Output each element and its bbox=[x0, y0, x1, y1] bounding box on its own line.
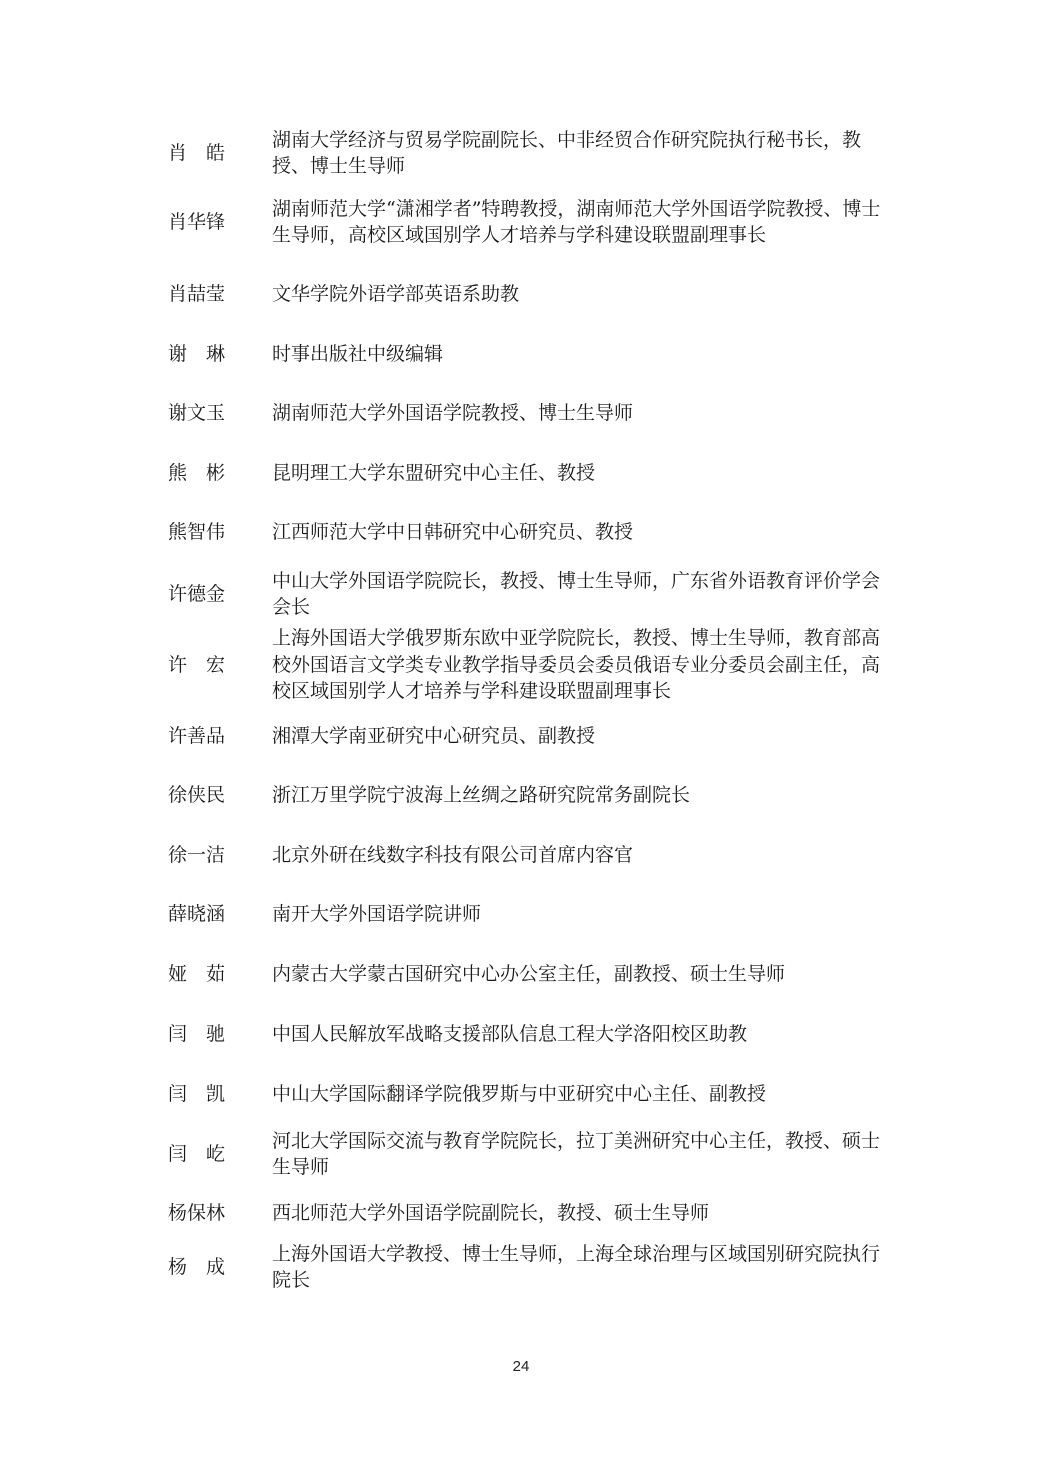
person-description: 湖南师范大学外国语学院教授、博士生导师 bbox=[272, 400, 887, 427]
person-description: 湖南师范大学“潇湘学者”特聘教授，湖南师范大学外国语学院教授、博士生导师，高校区… bbox=[272, 196, 887, 249]
person-name: 肖喆莹 bbox=[168, 281, 272, 307]
person-description: 北京外研在线数字科技有限公司首席内容官 bbox=[272, 842, 887, 869]
person-description: 中山大学外国语学院院长，教授、博士生导师，广东省外语教育评价学会会长 bbox=[272, 568, 887, 621]
person-description: 南开大学外国语学院讲师 bbox=[272, 901, 887, 928]
person-description: 浙江万里学院宁波海上丝绸之路研究院常务副院长 bbox=[272, 782, 887, 809]
person-name: 闫 凯 bbox=[168, 1081, 272, 1107]
person-name: 许德金 bbox=[168, 581, 272, 607]
document-page: 肖 皓 湖南大学经济与贸易学院副院长、中非经贸合作研究院执行秘书长，教授、博士生… bbox=[0, 0, 1042, 1478]
person-description: 中山大学国际翻译学院俄罗斯与中亚研究中心主任、副教授 bbox=[272, 1081, 887, 1108]
person-description: 江西师范大学中日韩研究中心研究员、教授 bbox=[272, 519, 887, 546]
person-description: 时事出版社中级编辑 bbox=[272, 341, 887, 368]
list-item: 肖 皓 湖南大学经济与贸易学院副院长、中非经贸合作研究院执行秘书长，教授、博士生… bbox=[168, 127, 888, 179]
person-name: 许善品 bbox=[168, 723, 272, 749]
person-description: 昆明理工大学东盟研究中心主任、教授 bbox=[272, 460, 887, 487]
person-name: 杨保林 bbox=[168, 1200, 272, 1226]
list-item: 杨保林 西北师范大学外国语学院副院长，教授、硕士生导师 bbox=[168, 1199, 888, 1227]
person-description: 西北师范大学外国语学院副院长，教授、硕士生导师 bbox=[272, 1200, 887, 1227]
person-name: 肖 皓 bbox=[168, 140, 272, 166]
list-item: 许德金 中山大学外国语学院院长，教授、博士生导师，广东省外语教育评价学会会长 bbox=[168, 567, 888, 621]
list-item: 闫 屹 河北大学国际交流与教育学院院长，拉丁美洲研究中心主任，教授、硕士生导师 bbox=[168, 1127, 888, 1181]
person-description: 湘潭大学南亚研究中心研究员、副教授 bbox=[272, 723, 887, 750]
person-description: 上海外国语大学教授、博士生导师，上海全球治理与区域国别研究院执行院长 bbox=[272, 1241, 887, 1294]
list-item: 许善品 湘潭大学南亚研究中心研究员、副教授 bbox=[168, 722, 888, 750]
list-item: 谢文玉 湖南师范大学外国语学院教授、博士生导师 bbox=[168, 399, 888, 427]
list-item: 薛晓涵 南开大学外国语学院讲师 bbox=[168, 900, 888, 928]
list-item: 熊智伟 江西师范大学中日韩研究中心研究员、教授 bbox=[168, 518, 888, 546]
list-item: 谢 琳 时事出版社中级编辑 bbox=[168, 340, 888, 368]
person-name: 谢 琳 bbox=[168, 341, 272, 367]
person-description: 内蒙古大学蒙古国研究中心办公室主任，副教授、硕士生导师 bbox=[272, 961, 887, 988]
list-item: 闫 驰 中国人民解放军战略支援部队信息工程大学洛阳校区助教 bbox=[168, 1020, 888, 1048]
person-name: 闫 屹 bbox=[168, 1141, 272, 1167]
list-item: 肖喆莹 文华学院外语学部英语系助教 bbox=[168, 280, 888, 308]
list-item: 肖华锋 湖南师范大学“潇湘学者”特聘教授，湖南师范大学外国语学院教授、博士生导师… bbox=[168, 182, 888, 262]
list-item: 徐侠民 浙江万里学院宁波海上丝绸之路研究院常务副院长 bbox=[168, 781, 888, 809]
person-description: 河北大学国际交流与教育学院院长，拉丁美洲研究中心主任，教授、硕士生导师 bbox=[272, 1128, 887, 1181]
person-name: 许 宏 bbox=[168, 652, 272, 678]
person-description: 中国人民解放军战略支援部队信息工程大学洛阳校区助教 bbox=[272, 1021, 887, 1048]
person-name: 徐一洁 bbox=[168, 842, 272, 868]
person-name: 薛晓涵 bbox=[168, 901, 272, 927]
list-item: 徐一洁 北京外研在线数字科技有限公司首席内容官 bbox=[168, 841, 888, 869]
person-name: 熊智伟 bbox=[168, 519, 272, 545]
list-item: 杨 成 上海外国语大学教授、博士生导师，上海全球治理与区域国别研究院执行院长 bbox=[168, 1240, 888, 1294]
list-item: 熊 彬 昆明理工大学东盟研究中心主任、教授 bbox=[168, 459, 888, 487]
person-name: 杨 成 bbox=[168, 1254, 272, 1280]
list-item: 娅 茹 内蒙古大学蒙古国研究中心办公室主任，副教授、硕士生导师 bbox=[168, 960, 888, 988]
person-name: 熊 彬 bbox=[168, 460, 272, 486]
person-name: 闫 驰 bbox=[168, 1021, 272, 1047]
person-description: 上海外国语大学俄罗斯东欧中亚学院院长，教授、博士生导师，教育部高校外国语言文学类… bbox=[272, 625, 887, 705]
person-description: 文华学院外语学部英语系助教 bbox=[272, 281, 887, 308]
person-description: 湖南大学经济与贸易学院副院长、中非经贸合作研究院执行秘书长，教授、博士生导师 bbox=[272, 127, 887, 180]
person-name: 肖华锋 bbox=[168, 209, 272, 235]
person-name: 娅 茹 bbox=[168, 961, 272, 987]
person-name: 谢文玉 bbox=[168, 400, 272, 426]
person-name: 徐侠民 bbox=[168, 782, 272, 808]
list-item: 许 宏 上海外国语大学俄罗斯东欧中亚学院院长，教授、博士生导师，教育部高校外国语… bbox=[168, 624, 888, 706]
list-item: 闫 凯 中山大学国际翻译学院俄罗斯与中亚研究中心主任、副教授 bbox=[168, 1080, 888, 1108]
page-number: 24 bbox=[0, 1358, 1042, 1375]
